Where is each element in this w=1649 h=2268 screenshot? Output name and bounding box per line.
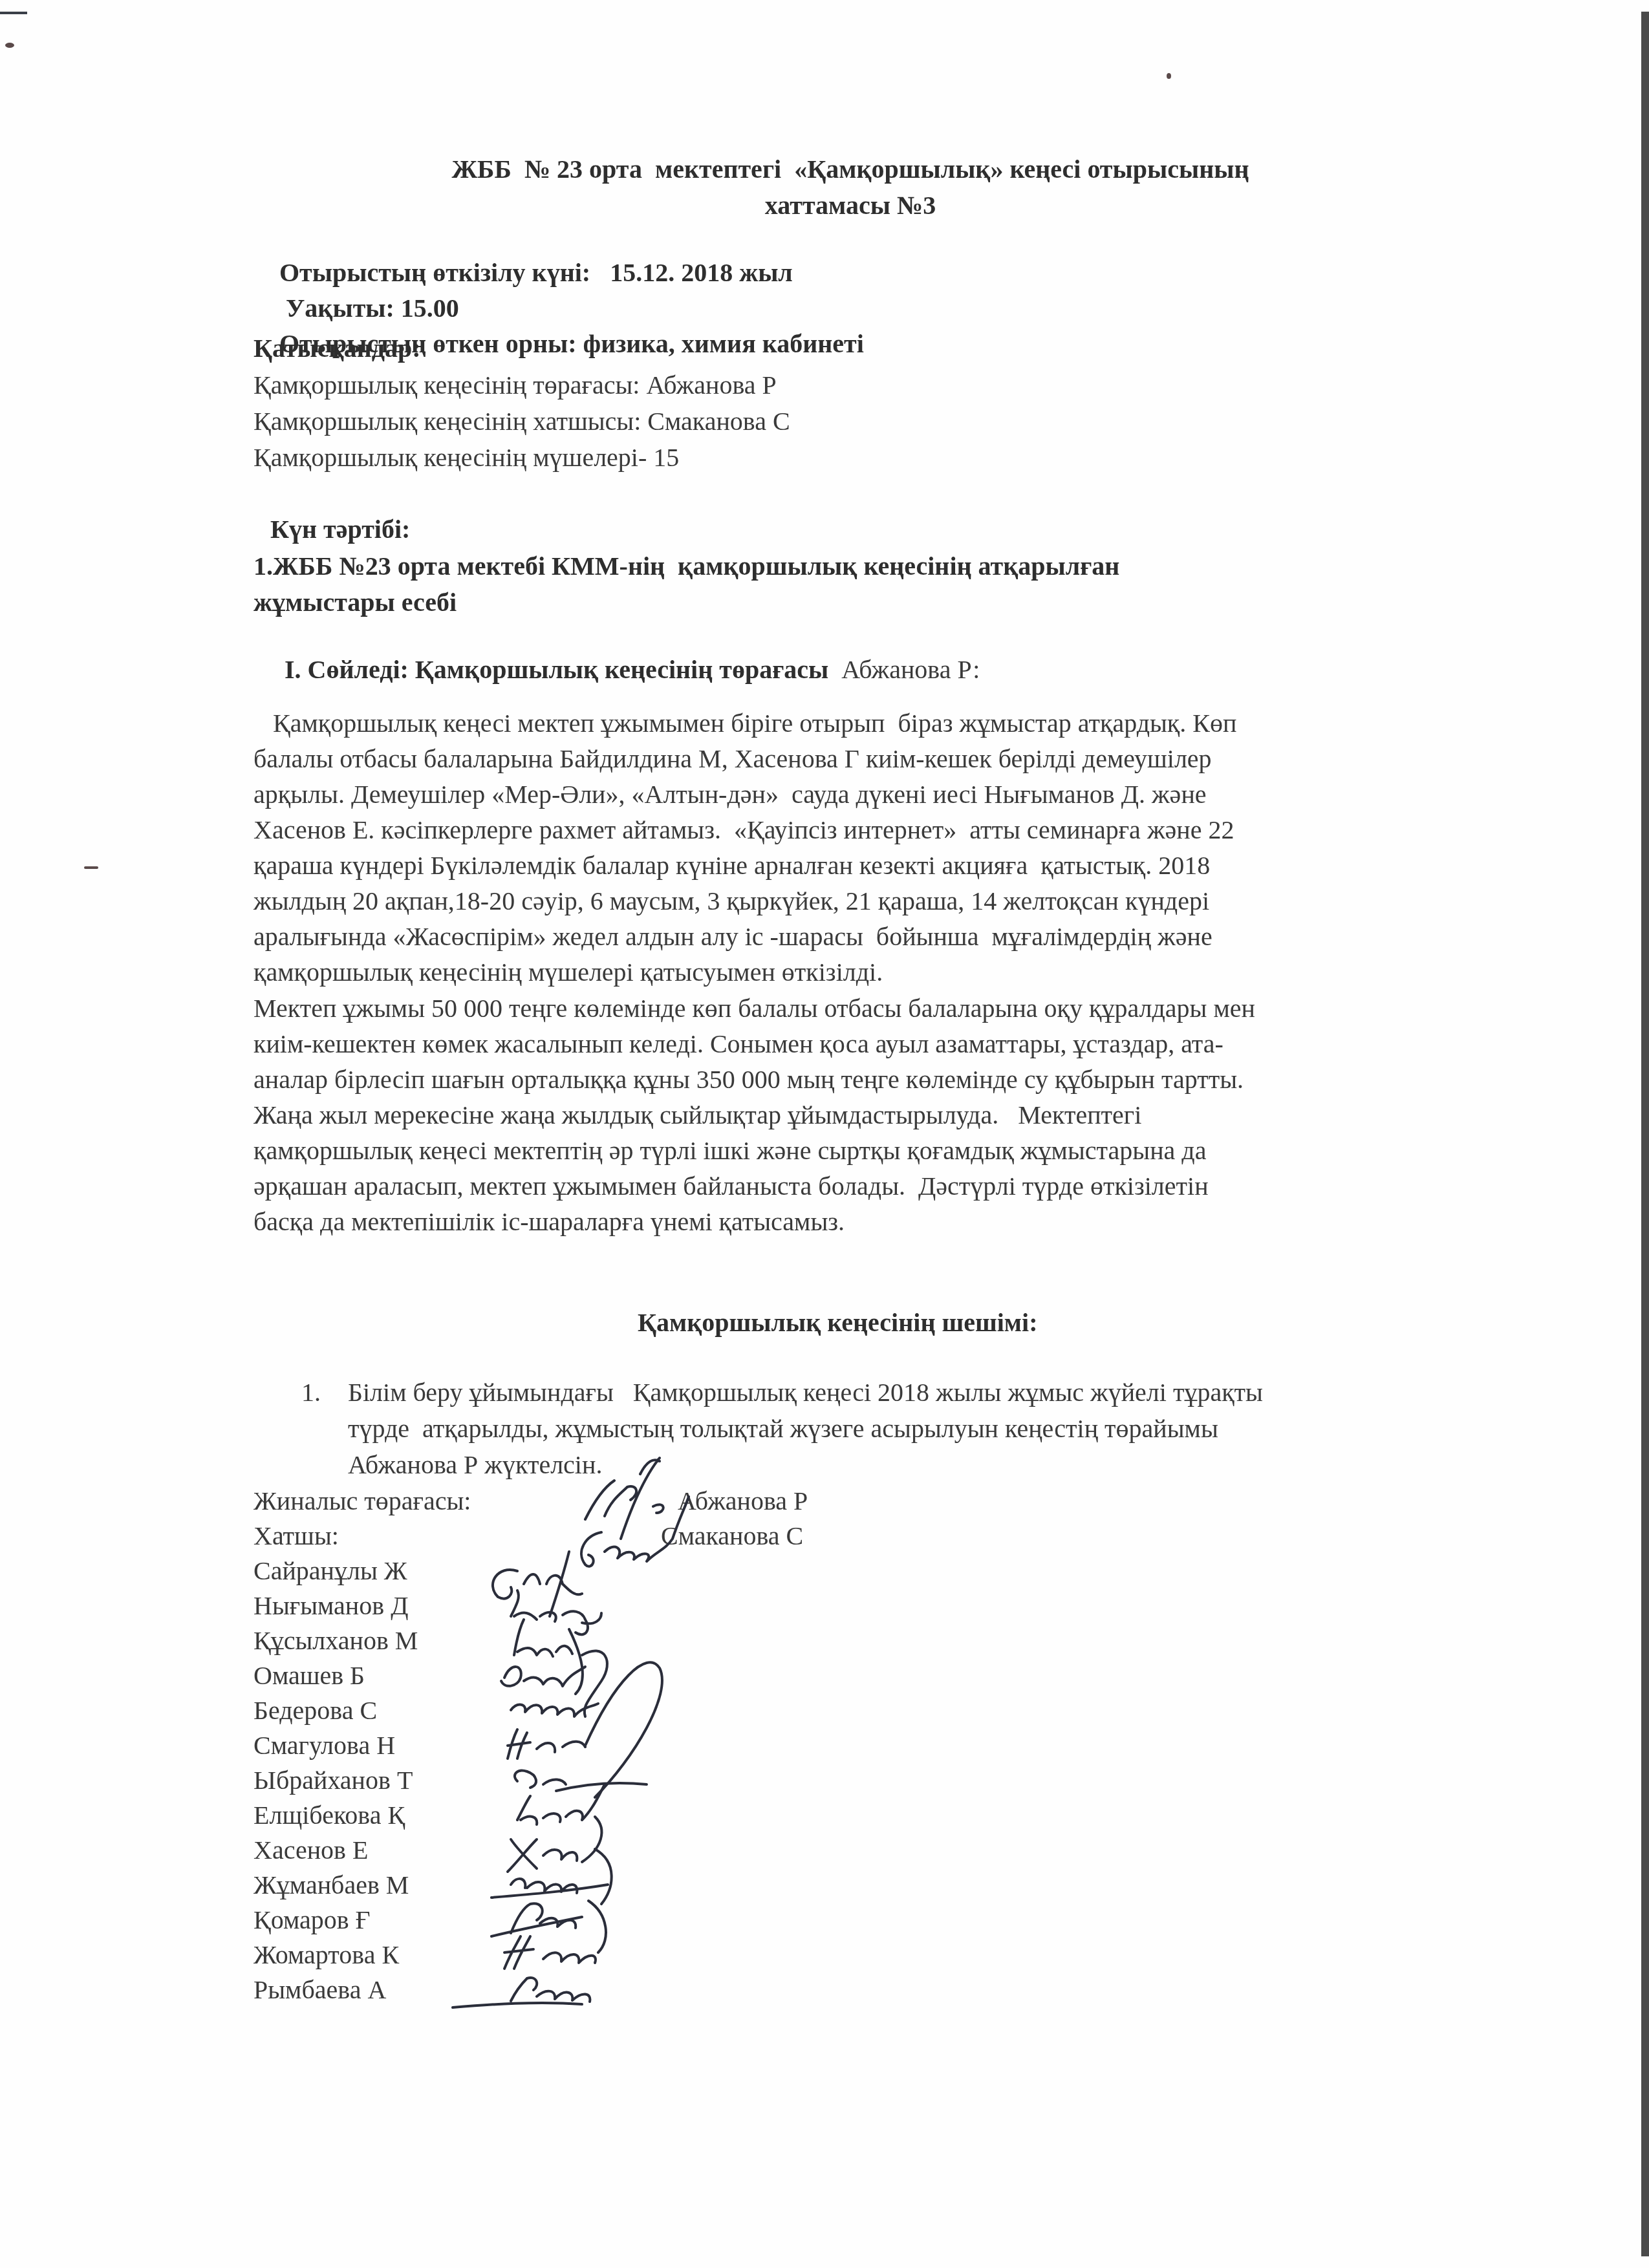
signature-chair [585, 1458, 663, 1539]
signature-member [453, 1978, 590, 2007]
signature-member [504, 1936, 596, 1969]
scanned-page: ЖББ № 23 орта мектептегі «Қамқоршылық» к… [0, 0, 1649, 2268]
signature-member [491, 1849, 612, 1904]
signature-member [514, 1620, 583, 1694]
signature-secretary [581, 1497, 689, 1567]
signature-member [493, 1552, 582, 1616]
signature-member [508, 1817, 601, 1872]
handwritten-signatures [0, 0, 1649, 2268]
signature-member [515, 1771, 647, 1791]
signature-member [491, 1901, 606, 1952]
signature-member [508, 1662, 662, 1797]
